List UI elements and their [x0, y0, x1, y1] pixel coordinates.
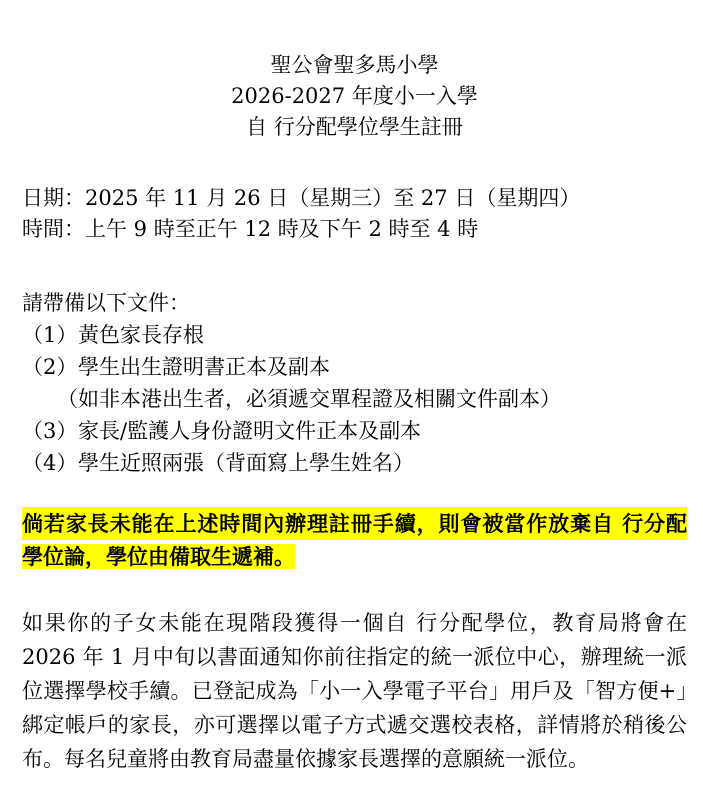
item-text: 黃色家長存根 [78, 323, 204, 347]
warning-line-1: 倘若家長未能在上述時間內辦理註冊手續，則會被當作放棄自 行分配 [22, 507, 687, 540]
item-number: （4） [22, 447, 78, 479]
document-item-2-note: （如非本港出生者，必須遞交單程證及相關文件副本） [22, 383, 687, 415]
closing-paragraph: 如果你的子女未能在現階段獲得一個自 行分配學位，教育局將會在 2026 年 1 … [22, 606, 687, 776]
notice-document: 聖公會聖多馬小學 2026-2027 年度小一入學 自 行分配學位學生註冊 日期… [0, 0, 703, 786]
admission-year-line: 2026-2027 年度小一入學 [22, 81, 687, 112]
item-text: 家長/監護人身份證明文件正本及副本 [78, 419, 421, 443]
item-text: 學生出生證明書正本及副本 [78, 355, 330, 379]
document-item-2: （2）學生出生證明書正本及副本 [22, 351, 687, 383]
school-name: 聖公會聖多馬小學 [22, 50, 687, 81]
warning-line-2: 學位論，學位由備取生遞補。 [22, 540, 687, 573]
documents-checklist: 請帶備以下文件： （1）黃色家長存根 （2）學生出生證明書正本及副本 （如非本港… [22, 287, 687, 479]
document-item-4: （4）學生近照兩張（背面寫上學生姓名） [22, 447, 687, 479]
info-block: 日期：2025 年 11 月 26 日（星期三）至 27 日（星期四） 時間：上… [22, 183, 687, 245]
document-item-1: （1）黃色家長存根 [22, 319, 687, 351]
warning-line-2-text: 學位論，學位由備取生遞補。 [22, 544, 295, 569]
documents-intro: 請帶備以下文件： [22, 287, 687, 319]
title-block: 聖公會聖多馬小學 2026-2027 年度小一入學 自 行分配學位學生註冊 [22, 50, 687, 143]
notice-subtitle: 自 行分配學位學生註冊 [22, 112, 687, 143]
item-number: （1） [22, 319, 78, 351]
item-number: （3） [22, 415, 78, 447]
item-number: （2） [22, 351, 78, 383]
item-text: 學生近照兩張（背面寫上學生姓名） [78, 451, 414, 475]
date-line: 日期：2025 年 11 月 26 日（星期三）至 27 日（星期四） [22, 183, 687, 214]
document-item-3: （3）家長/監護人身份證明文件正本及副本 [22, 415, 687, 447]
warning-highlight: 倘若家長未能在上述時間內辦理註冊手續，則會被當作放棄自 行分配 學位論，學位由備… [22, 507, 687, 573]
time-line: 時間：上午 9 時至正午 12 時及下午 2 時至 4 時 [22, 214, 687, 245]
